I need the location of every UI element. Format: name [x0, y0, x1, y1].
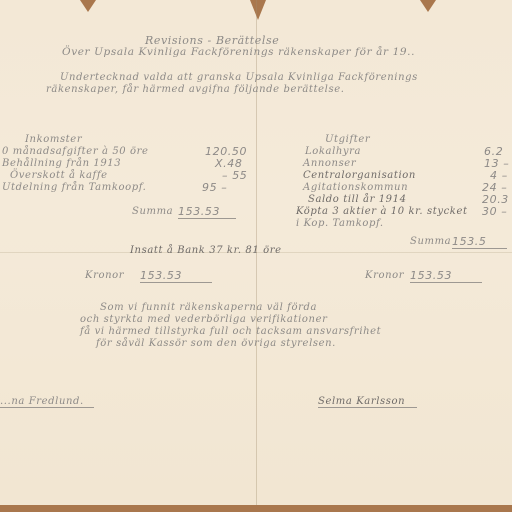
conclusion-line: Som vi funnit räkenskaperna väl förda — [100, 302, 317, 313]
document-paper: Revisions - Berättelse Över Upsala Kvinl… — [0, 0, 512, 505]
expense-item-label: Agitationskommun — [303, 182, 408, 193]
income-item-label: Överskott å kaffe — [10, 170, 108, 181]
paper-tear — [420, 0, 436, 12]
conclusion-line: få vi härmed tillstyrka full och tacksam… — [80, 326, 381, 337]
expenses-sum-label: Summa — [410, 236, 451, 247]
expenses-sum-value: 153.5 — [452, 235, 507, 249]
income-sum-label: Summa — [132, 206, 173, 217]
total-left-label: Kronor — [85, 270, 124, 281]
signature-right: Selma Karlsson — [318, 396, 417, 408]
expenses-heading: Utgifter — [325, 134, 370, 145]
total-right-value: 153.53 — [410, 269, 482, 283]
paper-tear — [250, 0, 266, 20]
expense-item-label: Annonser — [303, 158, 356, 169]
expense-item-amount: 30 – — [482, 205, 507, 218]
expense-item-label: Centralorganisation — [303, 170, 416, 181]
bank-deposit-line: Insatt å Bank 37 kr. 81 öre — [130, 245, 282, 256]
income-heading: Inkomster — [25, 134, 82, 145]
income-item-label: Behållning från 1913 — [2, 158, 121, 169]
expense-item-label: Köpta 3 aktier à 10 kr. stycket — [296, 206, 468, 217]
signature-left: ...na Fredlund. — [0, 396, 94, 408]
total-left-value: 153.53 — [140, 269, 212, 283]
document-subtitle: Över Upsala Kvinliga Fackförenings räken… — [62, 46, 415, 58]
expense-item-label: Saldo till år 1914 — [308, 194, 407, 205]
conclusion-line: och styrkta med vederbörliga verifikatio… — [80, 314, 327, 325]
income-item-amount: 95 – — [202, 181, 227, 194]
intro-line-1: Undertecknad valda att granska Upsala Kv… — [60, 72, 418, 83]
income-item-label: Utdelning från Tamkoopf. — [2, 182, 146, 193]
income-item-label: 0 månadsafgifter à 50 öre — [2, 146, 149, 157]
expense-item-label: Lokalhyra — [305, 146, 361, 157]
paper-tear — [80, 0, 96, 12]
income-sum-value: 153.53 — [178, 205, 236, 219]
intro-line-2: räkenskaper, får härmed avgifna följande… — [46, 84, 345, 95]
total-right-label: Kronor — [365, 270, 404, 281]
expense-item-label: i Kop. Tamkopf. — [296, 218, 384, 229]
conclusion-line: för såväl Kassör som den övriga styrelse… — [96, 338, 336, 349]
